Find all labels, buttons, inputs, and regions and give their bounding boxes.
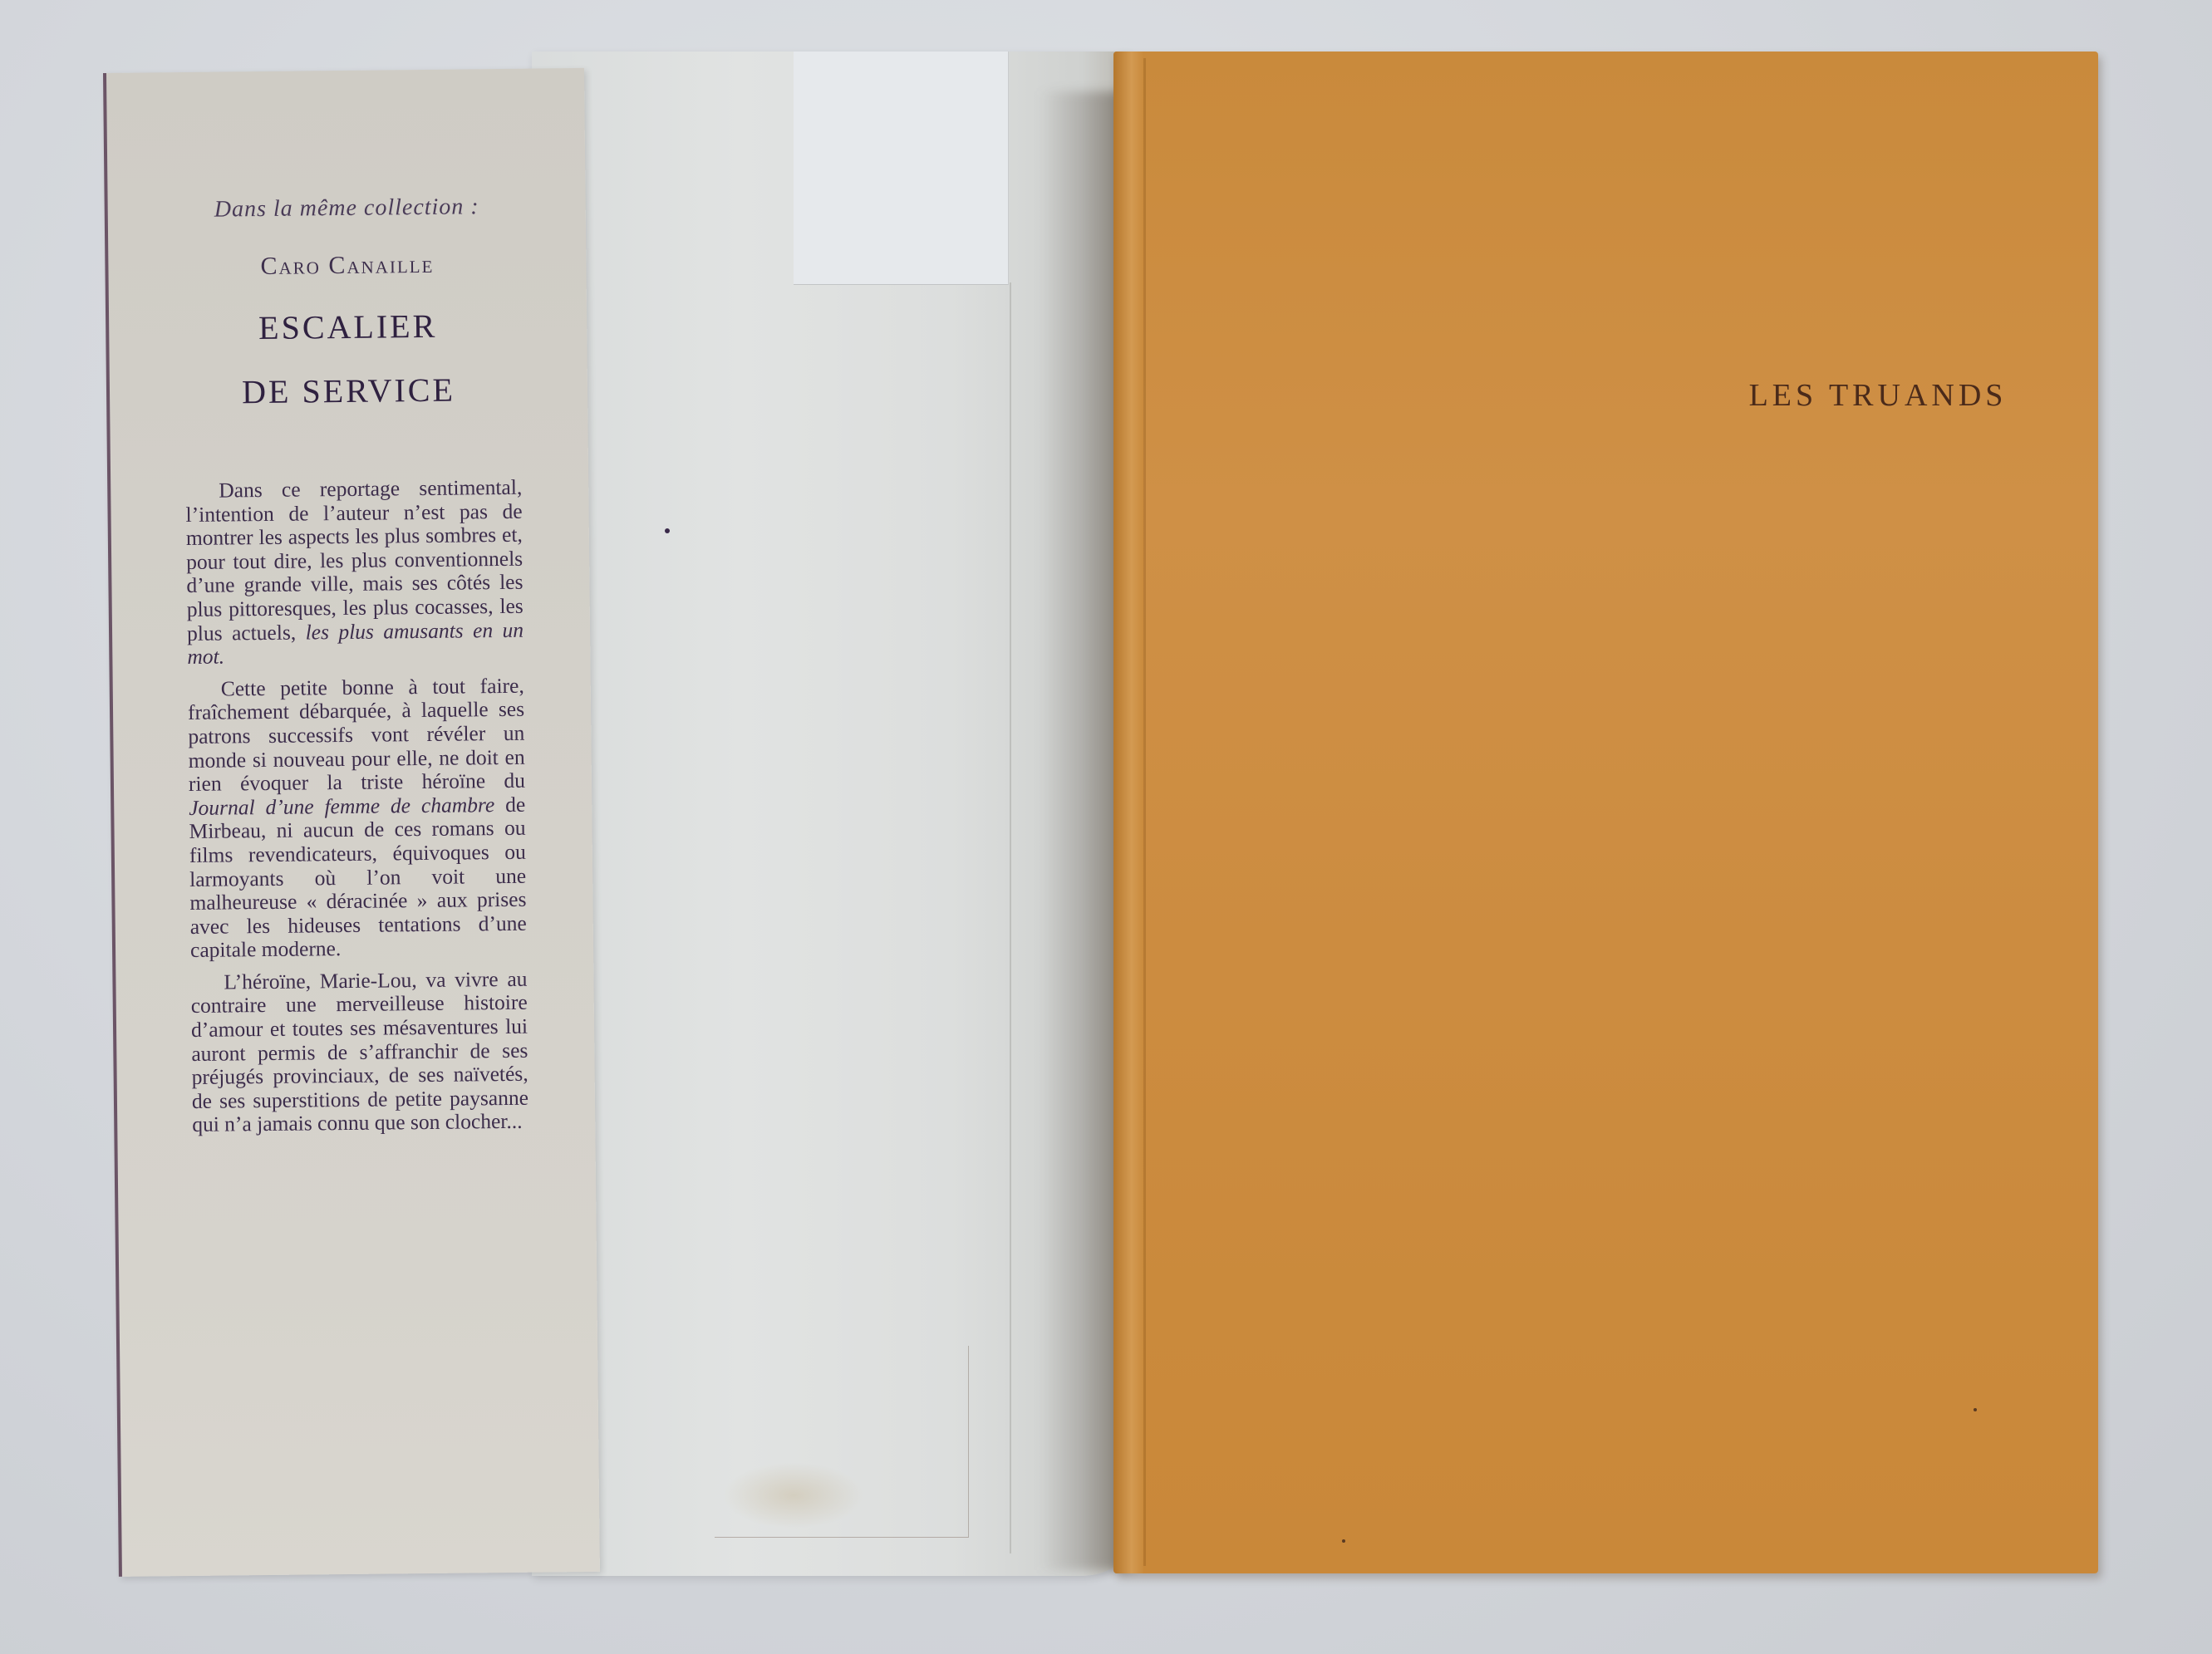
blurb-paragraph-2: Cette petite bonne à tout faire, fraîche… [188, 674, 528, 962]
blurb-p2-book-reference: Journal d’une femme de chambre [189, 793, 494, 820]
flap-blurb: Dans ce reportage sentimental, l’intenti… [185, 476, 528, 1146]
book-title: LES TRUANDS [1728, 377, 2028, 414]
cover-speck [1342, 1539, 1345, 1543]
orange-book-cover [1113, 52, 2098, 1573]
book-spine-edge [1113, 52, 1143, 1573]
blurb-paragraph-1: Dans ce reportage sentimental, l’intenti… [185, 476, 524, 670]
jacket-fold-line [1010, 282, 1011, 1553]
flap-title-line-1: ESCALIER [109, 305, 587, 349]
cover-speck [1974, 1408, 1977, 1411]
blurb-p3-text: L’héroïne, Marie-Lou, va vivre au contra… [191, 967, 528, 1137]
blurb-p2-text: Cette petite bonne à tout faire, fraîche… [188, 673, 525, 796]
white-paper-patch [794, 52, 1009, 285]
collection-intro: Dans la même collection : [108, 193, 586, 224]
page-speck [665, 528, 670, 533]
jacket-flap: Dans la même collection : Caro Canaille … [103, 68, 600, 1577]
flap-title-line-2: DE SERVICE [110, 369, 587, 413]
water-stain [723, 1462, 864, 1529]
flap-author: Caro Canaille [108, 249, 586, 282]
blurb-paragraph-3: L’héroïne, Marie-Lou, va vivre au contra… [190, 968, 528, 1137]
book-spine-crease [1143, 58, 1146, 1566]
